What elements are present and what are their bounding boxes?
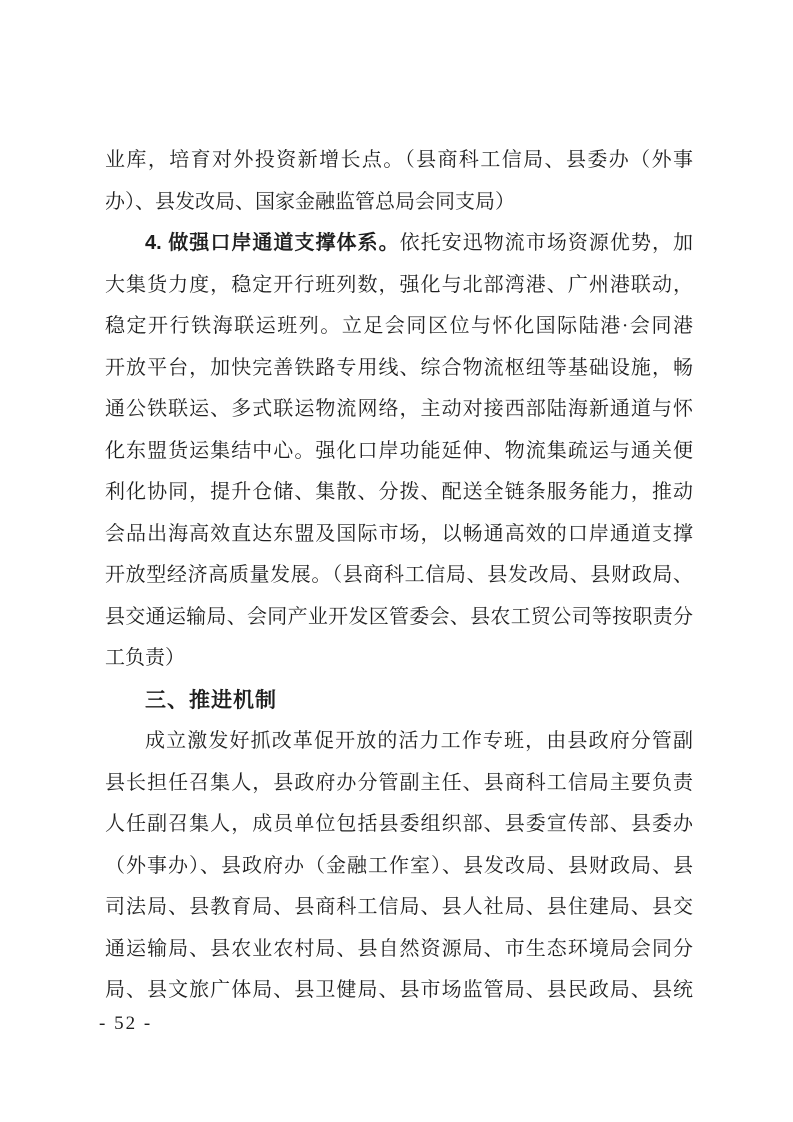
para-3-line-5: 司法局、县教育局、县商科工信局、县人社局、县住建局、县交 [105,887,693,929]
para-2-line-2: 大集货力度，稳定开行班列数，强化与北部湾港、广州港联动， [105,265,693,307]
emphasis-run: 三、推进机制 [145,689,277,712]
text-run: 县交通运输局、会同产业开发区管委会、县农工贸公司等按职责分 [105,606,693,628]
text-run: 开放型经济高质量发展。（县商科工信局、县发改局、县财政局、 [105,564,693,586]
text-run: 开放平台，加快完善铁路专用线、综合物流枢纽等基础设施，畅 [105,357,693,379]
section-heading: 三、推进机制 [105,680,693,722]
para-2-line-6: 化东盟货运集结中心。强化口岸功能延伸、物流集疏运与通关便 [105,431,693,473]
para-1-line-2: 办）、县发改局、国家金融监管总局会同支局） [105,182,693,224]
text-run: 化东盟货运集结中心。强化口岸功能延伸、物流集疏运与通关便 [105,440,693,462]
text-run: 县长担任召集人，县政府办分管副主任、县商科工信局主要负责 [105,772,693,794]
para-3-line-1: 成立激发好抓改革促开放的活力工作专班，由县政府分管副 [105,721,693,763]
emphasis-run: 4. 做强口岸通道支撑体系。 [145,232,400,254]
para-1-line-1: 业库，培育对外投资新增长点。（县商科工信局、县委办（外事 [105,140,693,182]
para-3-line-7: 局、县文旅广体局、县卫健局、县市场监管局、县民政局、县统 [105,970,693,1012]
text-run: 通运输局、县农业农村局、县自然资源局、市生态环境局会同分 [105,938,693,960]
document-body: 业库，培育对外投资新增长点。（县商科工信局、县委办（外事办）、县发改局、国家金融… [105,140,693,1012]
text-run: 办）、县发改局、国家金融监管总局会同支局） [105,191,515,213]
para-2-line-7: 利化协同，提升仓储、集散、分拨、配送全链条服务能力，推动 [105,472,693,514]
document-page: 业库，培育对外投资新增长点。（县商科工信局、县委办（外事办）、县发改局、国家金融… [0,0,793,1122]
text-run: 利化协同，提升仓储、集散、分拨、配送全链条服务能力，推动 [105,481,693,503]
para-2-line-11: 工负责） [105,638,693,680]
para-2-line-1: 4. 做强口岸通道支撑体系。依托安迅物流市场资源优势，加 [105,223,693,265]
text-run: 局、县文旅广体局、县卫健局、县市场监管局、县民政局、县统 [105,979,693,1001]
text-run: 工负责） [105,647,185,669]
para-3-line-2: 县长担任召集人，县政府办分管副主任、县商科工信局主要负责 [105,763,693,805]
page-number: - 52 - [99,1013,152,1035]
text-run: 稳定开行铁海联运班列。立足会同区位与怀化国际陆港·会同港 [105,315,693,337]
text-run: 人任副召集人，成员单位包括县委组织部、县委宣传部、县委办 [105,813,693,835]
para-2-line-10: 县交通运输局、会同产业开发区管委会、县农工贸公司等按职责分 [105,597,693,639]
text-run: （外事办）、县政府办（金融工作室）、县发改局、县财政局、县 [105,855,693,877]
para-2-line-8: 会品出海高效直达东盟及国际市场，以畅通高效的口岸通道支撑 [105,514,693,556]
para-2-line-4: 开放平台，加快完善铁路专用线、综合物流枢纽等基础设施，畅 [105,348,693,390]
text-run: 通公铁联运、多式联运物流网络，主动对接西部陆海新通道与怀 [105,398,693,420]
text-run: 会品出海高效直达东盟及国际市场，以畅通高效的口岸通道支撑 [105,523,693,545]
text-run: 依托安迅物流市场资源优势，加 [400,232,693,254]
text-run: 司法局、县教育局、县商科工信局、县人社局、县住建局、县交 [105,896,693,918]
para-3-line-3: 人任副召集人，成员单位包括县委组织部、县委宣传部、县委办 [105,804,693,846]
para-2-line-9: 开放型经济高质量发展。（县商科工信局、县发改局、县财政局、 [105,555,693,597]
para-3-line-4: （外事办）、县政府办（金融工作室）、县发改局、县财政局、县 [105,846,693,888]
text-run: 成立激发好抓改革促开放的活力工作专班，由县政府分管副 [145,730,693,752]
text-run: 大集货力度，稳定开行班列数，强化与北部湾港、广州港联动， [105,274,693,296]
para-2-line-3: 稳定开行铁海联运班列。立足会同区位与怀化国际陆港·会同港 [105,306,693,348]
para-2-line-5: 通公铁联运、多式联运物流网络，主动对接西部陆海新通道与怀 [105,389,693,431]
para-3-line-6: 通运输局、县农业农村局、县自然资源局、市生态环境局会同分 [105,929,693,971]
text-run: 业库，培育对外投资新增长点。（县商科工信局、县委办（外事 [105,149,693,171]
